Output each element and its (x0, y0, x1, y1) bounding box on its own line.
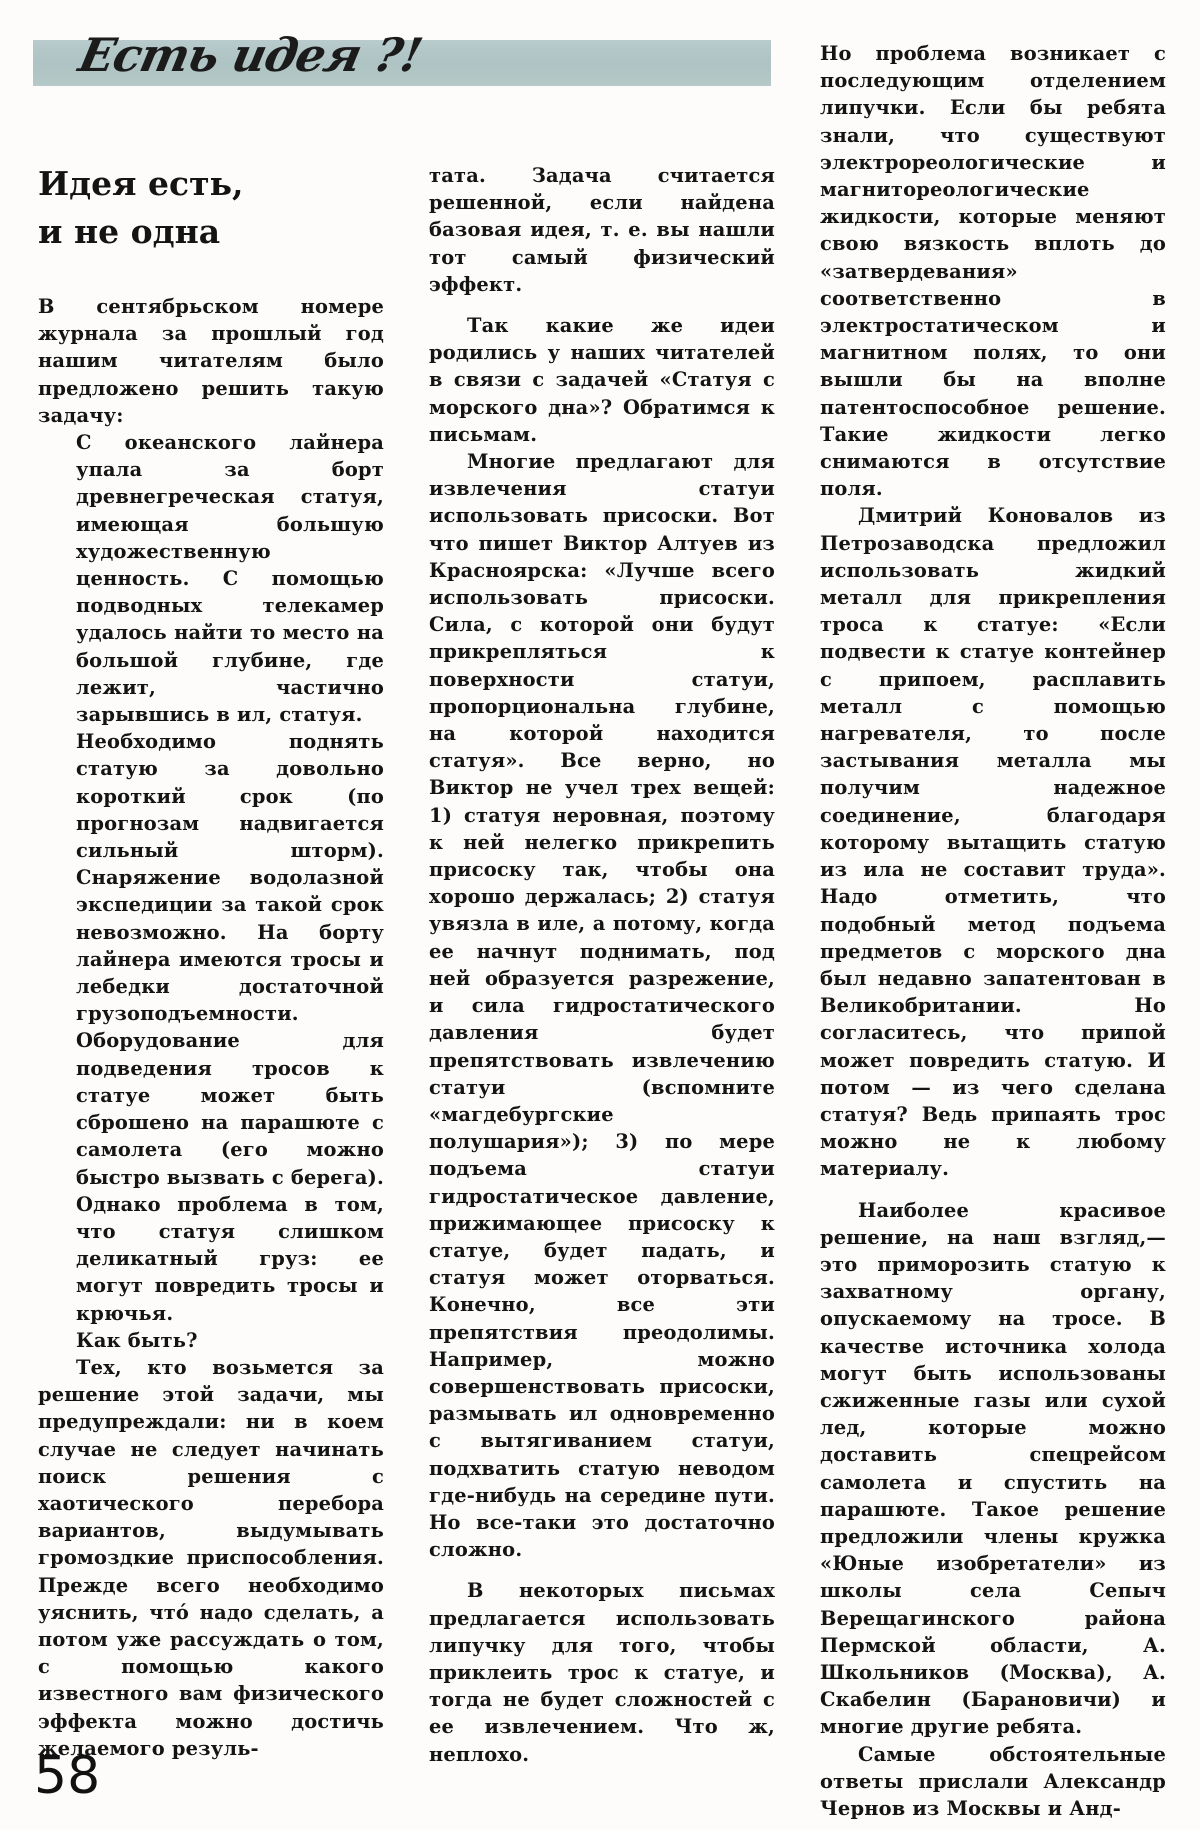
paragraph: Тех, кто возьмется за решение этой задач… (38, 1354, 384, 1762)
text-column-1: В сентябрьском номере журнала за прошлый… (38, 293, 384, 1762)
text-column-3: Но проблема возникает с последующим отде… (820, 40, 1166, 1822)
problem-statement: Необходимо поднять статую за довольно ко… (38, 728, 384, 1326)
paragraph: Самые обстоятельные ответы прислали Алек… (820, 1741, 1166, 1823)
paragraph: В сентябрьском номере журнала за прошлый… (38, 293, 384, 429)
paragraph: Дмитрий Коновалов из Петрозаводска предл… (820, 502, 1166, 1182)
page-number: 58 (34, 1748, 100, 1804)
paragraph: Но проблема возникает с последующим отде… (820, 40, 1166, 502)
problem-question: Как быть? (38, 1327, 384, 1354)
paragraph: Наиболее красивое решение, на наш взгляд… (820, 1197, 1166, 1741)
problem-statement: С океанского лайнера упала за борт древн… (38, 429, 384, 728)
paragraph: Так какие же идеи родились у наших читат… (429, 312, 775, 448)
section-title: Есть идея ?! (74, 28, 426, 82)
text-column-2: тата. Задача считается решенной, если на… (429, 162, 775, 1768)
paragraph: тата. Задача считается решенной, если на… (429, 162, 775, 298)
paragraph: Многие предлагают для извлечения статуи … (429, 448, 775, 1563)
headline-line-1: Идея есть, (38, 164, 243, 203)
article-headline: Идея есть, и не одна (38, 160, 398, 256)
paragraph: В некоторых письмах предлагается использ… (429, 1577, 775, 1767)
headline-line-2: и не одна (38, 212, 220, 251)
